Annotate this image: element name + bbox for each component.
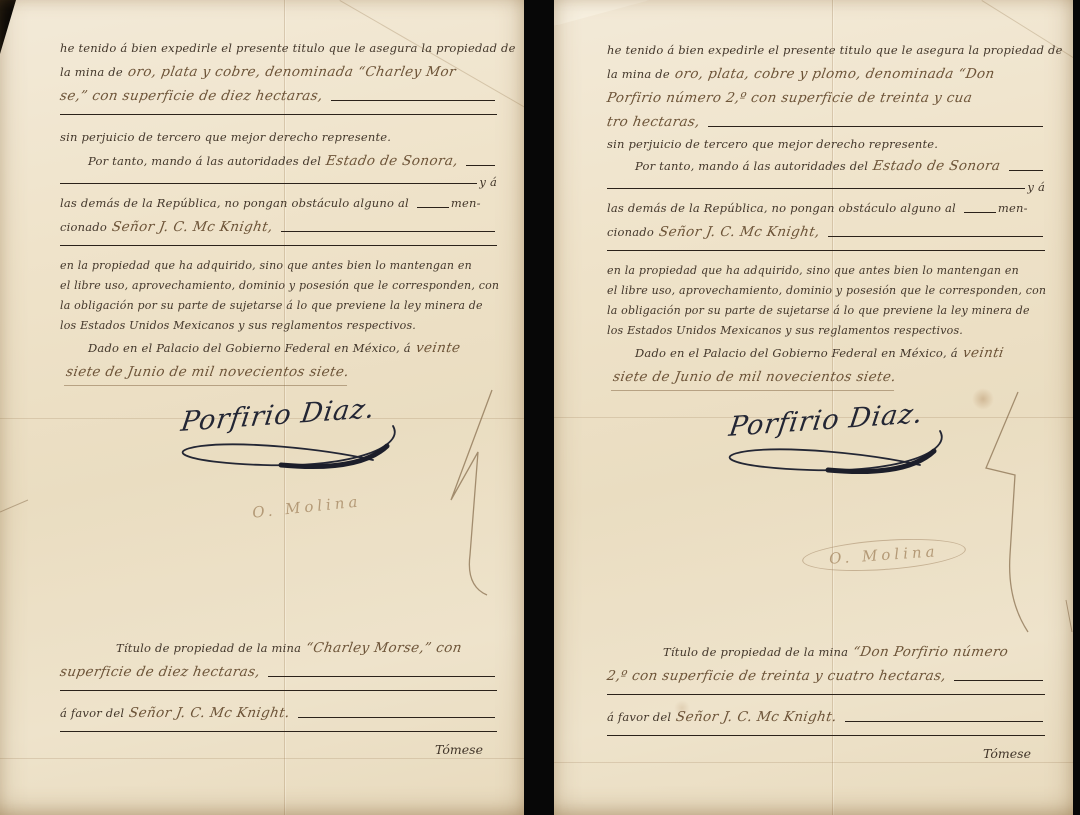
- body-line: Dado en el Palacio del Gobierno Federal …: [635, 341, 958, 365]
- endorsement-block: Título de propiedad de la mina“Charley M…: [0, 636, 524, 757]
- blank-rule: [845, 721, 1043, 722]
- tomese-note: Tómese: [607, 746, 1045, 761]
- body-line: cionado: [60, 215, 107, 239]
- handwritten-text: “Don Porfirio número: [851, 640, 1010, 664]
- handwritten-text: Señor J. C. Mc Knight.: [127, 701, 292, 725]
- body-line: la obligación por su parte de sujetarse …: [60, 296, 483, 316]
- horizontal-rule: [607, 694, 1045, 695]
- handwritten-text: superficie de diez hectaras,: [58, 660, 262, 684]
- handwritten-text: Señor J. C. Mc Knight,: [110, 215, 275, 239]
- blank-rule: [828, 236, 1043, 237]
- handwritten-text: 2,º con superficie de treinta y cuatro h…: [605, 664, 948, 688]
- horizontal-rule: [60, 245, 497, 246]
- blank-rule: [298, 717, 495, 718]
- body-line: men-: [998, 196, 1028, 220]
- handwritten-text: “Charley Morse,” con: [304, 636, 464, 660]
- body-line: y á: [479, 173, 497, 191]
- endorsement-line: á favor del: [60, 701, 124, 725]
- handwritten-text: Estado de Sonora: [871, 154, 1002, 178]
- signature-block: Porfirio Diaz.: [607, 399, 1045, 485]
- signature-block: Porfirio Diaz.: [60, 394, 497, 480]
- body-line: he tenido á bien expedirle el presente t…: [60, 36, 516, 60]
- tomese-note: Tómese: [60, 742, 497, 757]
- blank-rule: [1009, 170, 1043, 171]
- handwritten-date: siete de Junio de mil novecientos siete.: [611, 365, 898, 391]
- blank-rule: [954, 680, 1043, 681]
- body-line: y á: [1027, 178, 1045, 196]
- handwritten-text: Estado de Sonora,: [324, 149, 460, 173]
- blank-rule: [708, 126, 1043, 127]
- body-line: en la propiedad que ha adquirido, sino q…: [60, 256, 472, 276]
- horizontal-rule: [60, 114, 497, 115]
- document-page-left: he tenido á bien expedirle el presente t…: [0, 0, 524, 815]
- handwritten-text: oro, plata, cobre y plomo, denominada “D…: [673, 62, 996, 86]
- blank-rule: [60, 183, 477, 184]
- endorsement-block: Título de propiedad de la mina“Don Porfi…: [554, 640, 1073, 761]
- handwritten-text: oro, plata y cobre, denominada “Charley …: [126, 60, 458, 84]
- endorsement-line: Título de propiedad de la mina: [663, 640, 848, 664]
- body-line: Dado en el Palacio del Gobierno Federal …: [88, 336, 411, 360]
- handwritten-text: Señor J. C. Mc Knight.: [674, 705, 839, 729]
- body-line: el libre uso, aprovechamiento, dominio y…: [60, 276, 499, 296]
- endorsement-line: Título de propiedad de la mina: [116, 636, 301, 660]
- body-line: he tenido á bien expedirle el presente t…: [607, 38, 1063, 62]
- handwritten-text: Señor J. C. Mc Knight,: [657, 220, 822, 244]
- body-line: el libre uso, aprovechamiento, dominio y…: [607, 281, 1046, 301]
- horizontal-rule: [607, 250, 1045, 251]
- body-line: la obligación por su parte de sujetarse …: [607, 301, 1030, 321]
- porfirio-diaz-signature: Porfirio Diaz.: [727, 398, 925, 443]
- blank-rule: [268, 676, 495, 677]
- body-line: las demás de la República, no pongan obs…: [607, 196, 956, 220]
- blank-rule: [964, 212, 996, 213]
- body-line: Por tanto, mando á las autoridades del: [88, 149, 321, 173]
- blank-rule: [281, 231, 495, 232]
- handwritten-text: tro hectaras,: [605, 110, 702, 134]
- body-line: men-: [451, 191, 481, 215]
- handwritten-date: siete de Junio de mil novecientos siete.: [64, 360, 351, 386]
- blank-rule: [331, 100, 495, 101]
- handwritten-text: se,” con superficie de diez hectaras,: [58, 84, 325, 108]
- horizontal-rule: [60, 731, 497, 732]
- handwritten-text: Porfirio número 2,º con superficie de tr…: [605, 86, 974, 110]
- body-line: Por tanto, mando á las autoridades del: [635, 154, 868, 178]
- blank-rule: [417, 207, 449, 208]
- body-line: la mina de: [60, 60, 123, 84]
- body-line: las demás de la República, no pongan obs…: [60, 191, 409, 215]
- handwritten-text: veinti: [961, 341, 1006, 365]
- body-line: los Estados Unidos Mexicanos y sus regla…: [607, 321, 963, 341]
- document-page-right: he tenido á bien expedirle el presente t…: [554, 0, 1073, 815]
- body-line: sin perjuicio de tercero que mejor derec…: [60, 125, 391, 149]
- body-line: en la propiedad que ha adquirido, sino q…: [607, 261, 1019, 281]
- horizontal-rule: [607, 735, 1045, 736]
- endorsement-line: á favor del: [607, 705, 671, 729]
- body-line: cionado: [607, 220, 654, 244]
- porfirio-diaz-signature: Porfirio Diaz.: [179, 393, 377, 438]
- horizontal-rule: [60, 690, 497, 691]
- blank-rule: [466, 165, 495, 166]
- blank-rule: [607, 188, 1025, 189]
- body-line: la mina de: [607, 62, 670, 86]
- body-line: sin perjuicio de tercero que mejor derec…: [607, 134, 938, 154]
- handwritten-text: veinte: [414, 336, 462, 360]
- body-line: los Estados Unidos Mexicanos y sus regla…: [60, 316, 416, 336]
